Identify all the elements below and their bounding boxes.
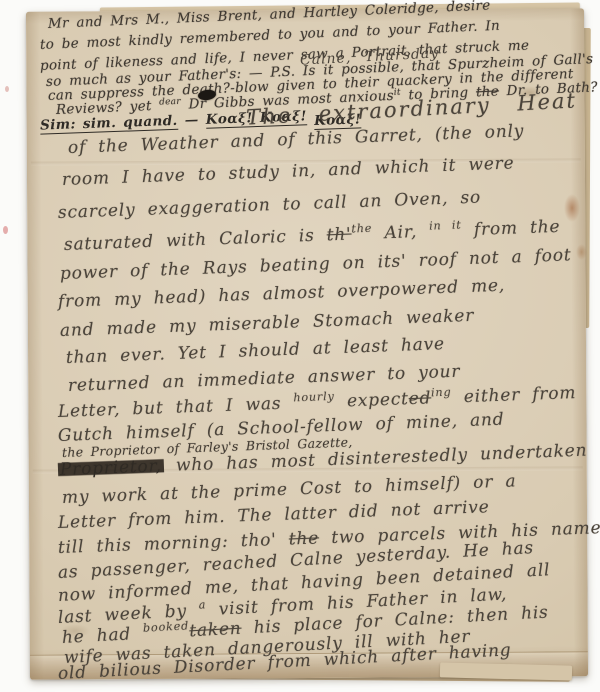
manuscript-line: room I have to study in, and which it we… bbox=[62, 153, 515, 190]
text-segment: the bbox=[351, 222, 372, 236]
text-segment: scarcely exaggeration to call an Oven, s… bbox=[58, 187, 482, 222]
text-segment: ing bbox=[431, 386, 452, 400]
text-segment: dear bbox=[159, 96, 181, 107]
letter-body: of the Weather and of this Garret, (the … bbox=[56, 130, 586, 690]
manuscript-line: scarcely exaggeration to call an Oven, s… bbox=[58, 187, 482, 222]
text-segment: either from bbox=[451, 383, 576, 408]
manuscript-line: than ever. Yet I should at least have bbox=[66, 334, 446, 368]
text-segment: from the bbox=[461, 217, 560, 241]
text-segment: than ever. Yet I should at least have bbox=[66, 334, 446, 368]
text-segment: taken bbox=[189, 619, 242, 642]
photo-background: Mr and Mrs M., Miss Brent, and Hartley C… bbox=[0, 0, 600, 692]
margin-speck bbox=[5, 86, 9, 92]
text-segment: hourly bbox=[293, 390, 335, 405]
text-segment: in it bbox=[429, 219, 462, 233]
text-segment: expect bbox=[334, 389, 409, 412]
margin-speck bbox=[3, 226, 8, 234]
text-segment: th' bbox=[326, 224, 352, 245]
text-segment: ed bbox=[408, 388, 431, 409]
text-segment: Air, bbox=[372, 222, 430, 244]
text-segment: the bbox=[288, 528, 319, 549]
text-segment: it bbox=[394, 87, 401, 97]
scribbled-out-word: Proprietor, bbox=[58, 456, 165, 480]
text-segment: room I have to study in, and which it we… bbox=[62, 153, 515, 190]
text-segment: booked bbox=[143, 620, 190, 635]
text-segment: a bbox=[198, 599, 206, 612]
text-segment: saturated with Caloric is bbox=[64, 225, 327, 255]
text-segment: — bbox=[177, 112, 206, 129]
